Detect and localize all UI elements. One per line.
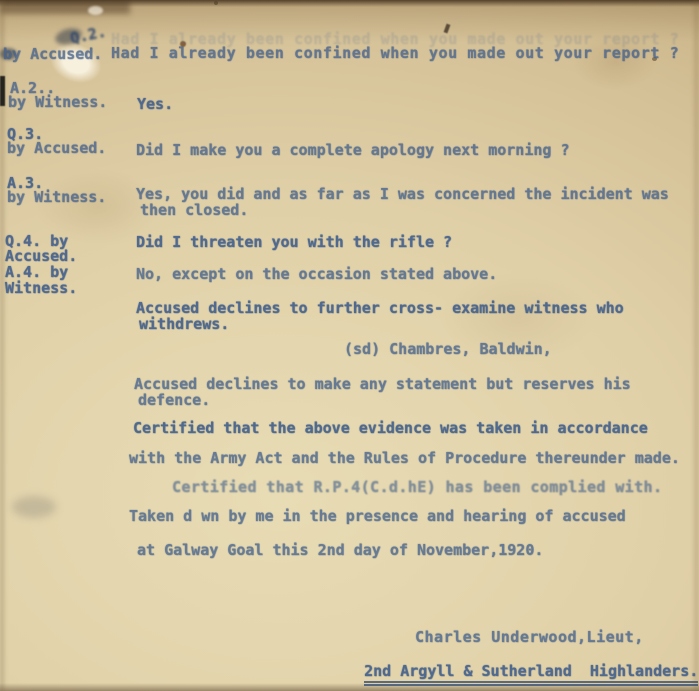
paper-tear-mark-small xyxy=(88,6,103,15)
qa-text: Did I threaten you with the rifle ? xyxy=(136,234,452,250)
qa-text: Yes. xyxy=(137,96,173,112)
qa-label-speaker: by Accused. xyxy=(3,46,102,62)
scan-edge-mark xyxy=(0,76,5,106)
qa-label-speaker: Accused. xyxy=(5,248,77,264)
cross-examine-note: withdrews. xyxy=(139,316,229,332)
qa-text: No, except on the occasion stated above. xyxy=(136,266,497,282)
scanned-document-page: Had I already been confined when you mad… xyxy=(0,0,699,691)
cross-examine-note: Accused declines to further cross- exami… xyxy=(136,300,624,316)
taken-down-text: Taken d wn by me in the presence and hea… xyxy=(129,508,626,524)
qa-text: Did I make you a complete apology next m… xyxy=(136,142,569,158)
qa-label-speaker: by Witness. xyxy=(8,94,107,110)
qa-label-speaker: by Accused. xyxy=(7,140,106,156)
qa-label-speaker: Witness. xyxy=(5,280,77,296)
qa-label-number: A.4. by xyxy=(5,264,68,280)
taken-down-text: at Galway Goal this 2nd day of November,… xyxy=(137,542,543,558)
qa-text: then closed. xyxy=(140,202,248,218)
photo-right-edge xyxy=(694,0,699,691)
qa-label-speaker: by Witness. xyxy=(7,189,106,205)
signature-name: Charles Underwood,Lieut, xyxy=(415,629,644,645)
paper-speck xyxy=(214,1,218,5)
photo-top-left-shadow xyxy=(0,0,130,14)
certification-text: Certified that the above evidence was ta… xyxy=(133,420,648,436)
witness-signature: (sd) Chambres, Baldwin, xyxy=(344,341,552,357)
certification-text: with the Army Act and the Rules of Proce… xyxy=(129,450,680,466)
statement-note: defence. xyxy=(138,392,210,408)
signature-regiment-underlined: 2nd Argyll & Sutherland Highlanders. xyxy=(364,662,698,686)
qa-text: Had I already been confined when you mad… xyxy=(111,45,679,61)
statement-note: Accused declines to make any statement b… xyxy=(134,376,631,392)
signature-regiment: 2nd Argyll & Sutherland Highlanders. xyxy=(328,647,698,691)
pencil-smudge xyxy=(12,496,56,518)
qa-label-number: Q.2. xyxy=(69,23,108,46)
qa-text: Yes, you did and as far as I was concern… xyxy=(136,186,669,202)
certification-text: Certified that R.P.4(C.d.hE) has been co… xyxy=(172,479,662,495)
